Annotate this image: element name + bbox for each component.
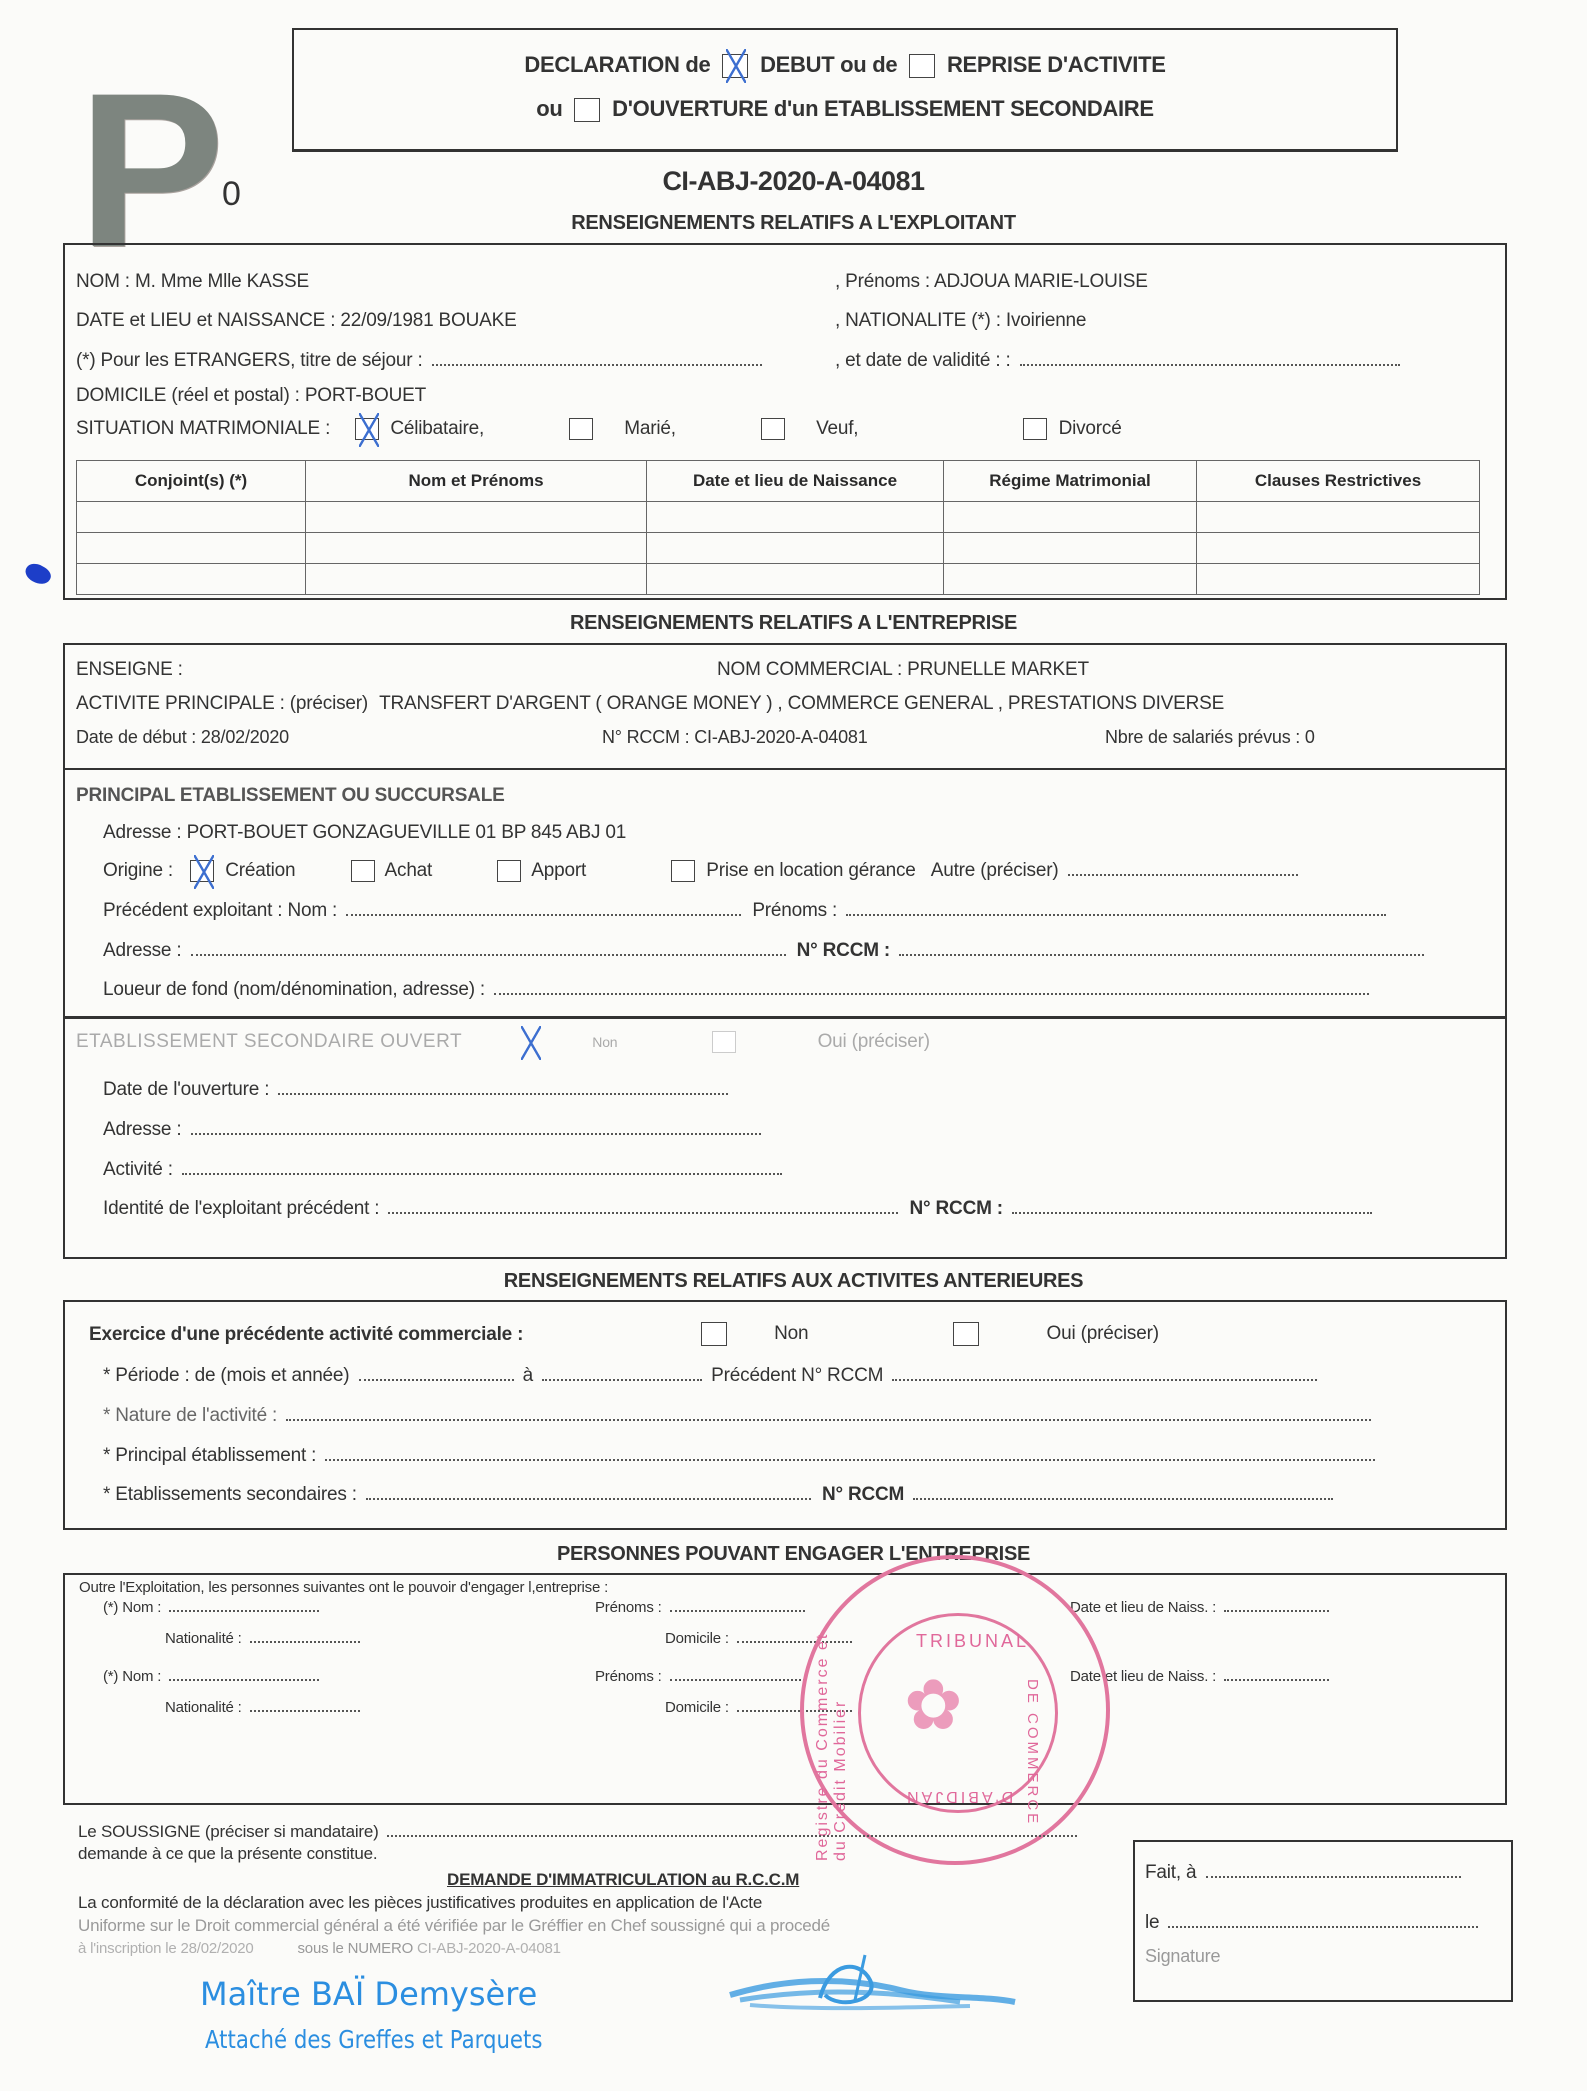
le-label: le [1145, 1912, 1159, 1933]
nom-value[interactable]: KASSE [247, 271, 309, 292]
conformite-line1: La conformité de la déclaration avec les… [78, 1893, 762, 1913]
rccm-value[interactable]: CI-ABJ-2020-A-04081 [694, 727, 867, 747]
principal-adresse-label: Adresse : [103, 822, 181, 843]
domicile-label: DOMICILE (réel et postal) : [76, 385, 300, 406]
prec-adresse-label: Adresse : [103, 940, 181, 961]
ouverture-checkbox[interactable] [574, 98, 600, 122]
section-title-exploitant: RENSEIGNEMENTS RELATIFS A L'EXPLOITANT [0, 212, 1587, 235]
secondaire-identite-label: Identité de l'exploitant précédent : [103, 1198, 379, 1219]
col-nom-prenoms: Nom et Prénoms [306, 461, 647, 502]
prec-rccm-label: N° RCCM : [797, 940, 890, 961]
secondaire-rccm-field[interactable] [1012, 1198, 1372, 1214]
elephant-emblem-icon: ✿ [904, 1664, 963, 1746]
naissance-label: DATE et LIEU et NAISSANCE : [76, 310, 335, 331]
nature-label: * Nature de l'activité : [103, 1405, 277, 1426]
periode-de-field[interactable] [359, 1365, 514, 1381]
personnes-intro: Outre l'Exploitation, les personnes suiv… [79, 1579, 608, 1596]
anterieures-oui-label: Oui (préciser) [1047, 1323, 1159, 1344]
secondaire-activite-field[interactable] [182, 1159, 782, 1175]
table-cell[interactable] [1197, 533, 1480, 564]
validite-field[interactable] [1020, 350, 1400, 366]
ink-blot-mark [22, 560, 54, 589]
col-clauses-restrictives: Clauses Restrictives [1197, 461, 1480, 502]
signer-title: Attaché des Greffes et Parquets [205, 2025, 542, 2054]
anterieures-non-checkbox[interactable] [701, 1322, 727, 1346]
nom-commercial-value[interactable]: PRUNELLE MARKET [907, 659, 1089, 680]
inscription-date: 28/02/2020 [180, 1940, 253, 1957]
conjoints-table: Conjoint(s) (*) Nom et Prénoms Date et l… [76, 460, 1480, 595]
veuf-label: Veuf, [816, 418, 858, 439]
date-debut-label: Date de début : [76, 727, 196, 747]
person1-nom-field[interactable] [169, 1600, 319, 1612]
anterieures-section: Exercice d'une précédente activité comme… [63, 1300, 1507, 1530]
veuf-checkbox[interactable] [761, 418, 785, 440]
secondaire-rccm-label: N° RCCM : [910, 1198, 1003, 1219]
exercice-label: Exercice d'une précédente activité comme… [89, 1324, 523, 1345]
secondaire-non-label: Non [592, 1034, 617, 1050]
stamp-commerce-text: DE COMMERCE [1024, 1679, 1041, 1826]
prec-nom-label: Précédent exploitant : Nom : [103, 900, 337, 921]
periode-a-field[interactable] [542, 1365, 702, 1381]
numero-value: CI-ABJ-2020-A-04081 [417, 1940, 561, 1957]
table-row [77, 502, 1480, 533]
prec-prenoms-field[interactable] [846, 900, 1386, 916]
principal-etab-label: * Principal établissement : [103, 1445, 316, 1466]
demande-text: demande à ce que la présente constitue. [78, 1844, 377, 1864]
prec-rccm-anterieur-label: Précédent N° RCCM [711, 1365, 883, 1386]
etrangers-label: (*) Pour les ETRANGERS, titre de séjour … [76, 350, 423, 371]
debut-label: DEBUT ou de [760, 52, 897, 77]
secondaire-oui-checkbox[interactable] [712, 1031, 736, 1053]
divorce-checkbox[interactable] [1023, 418, 1047, 440]
person2-naiss-field[interactable] [1224, 1669, 1329, 1681]
loueur-field[interactable] [494, 979, 1369, 995]
person1-nationalite-field[interactable] [250, 1631, 360, 1643]
demande-immatriculation-title: DEMANDE D'IMMATRICULATION au R.C.C.M [447, 1870, 799, 1890]
person1-naiss-label: Date et lieu de Naiss. : [1070, 1599, 1216, 1616]
signature-label: Signature [1145, 1946, 1220, 1967]
section-title-anterieures: RENSEIGNEMENTS RELATIFS AUX ACTIVITES AN… [0, 1270, 1587, 1293]
nom-label: NOM : M. Mme Mlle [76, 271, 242, 292]
col-conjoints: Conjoint(s) (*) [77, 461, 306, 502]
fait-a-field[interactable] [1206, 1862, 1461, 1878]
reprise-checkbox[interactable] [909, 54, 935, 78]
person2-prenoms-label: Prénoms : [595, 1668, 662, 1685]
table-cell[interactable] [647, 533, 944, 564]
activite-principale-value[interactable]: TRANSFERT D'ARGENT ( ORANGE MONEY ) , CO… [379, 693, 1224, 714]
marie-checkbox[interactable] [569, 418, 593, 440]
document-number: CI-ABJ-2020-A-04081 [0, 166, 1587, 197]
table-cell[interactable] [77, 502, 306, 533]
origine-label: Origine : [103, 860, 173, 881]
creation-checkbox[interactable] [190, 860, 214, 882]
signer-name: Maître BAÏ Demysère [200, 1975, 537, 2013]
table-cell[interactable] [944, 564, 1197, 595]
location-gerance-label: Prise en location gérance [706, 860, 915, 881]
handwritten-signature [720, 1950, 1020, 2020]
apport-label: Apport [531, 860, 586, 881]
soussigne-label: Le SOUSSIGNE (préciser si mandataire) [78, 1822, 379, 1841]
principal-adresse-value[interactable]: PORT-BOUET GONZAGUEVILLE 01 BP 845 ABJ 0… [187, 822, 627, 843]
person2-nom-label: (*) Nom : [103, 1668, 161, 1685]
entreprise-section: ENSEIGNE : NOM COMMERCIAL : PRUNELLE MAR… [63, 643, 1507, 770]
table-row [77, 564, 1480, 595]
principal-section: PRINCIPAL ETABLISSEMENT OU SUCCURSALE Ad… [63, 768, 1507, 1018]
achat-checkbox[interactable] [351, 860, 375, 882]
nom-commercial-label: NOM COMMERCIAL : [717, 659, 902, 680]
prec-nom-field[interactable] [346, 900, 741, 916]
rccm-label: N° RCCM : [602, 727, 689, 747]
location-gerance-checkbox[interactable] [671, 860, 695, 882]
periode-a-label: à [523, 1365, 533, 1386]
secondaire-adresse-label: Adresse : [103, 1119, 181, 1140]
secondaire-oui-label: Oui (préciser) [818, 1031, 930, 1052]
table-row [77, 533, 1480, 564]
prec-rccm-field[interactable] [899, 940, 1424, 956]
table-cell[interactable] [77, 533, 306, 564]
divorce-label: Divorcé [1059, 418, 1122, 439]
principal-title: PRINCIPAL ETABLISSEMENT OU SUCCURSALE [76, 785, 505, 807]
personnes-section: Outre l'Exploitation, les personnes suiv… [63, 1573, 1507, 1805]
etab-secondaires-label: * Etablissements secondaires : [103, 1484, 357, 1505]
stamp-tribunal-text: TRIBUNAL [916, 1631, 1029, 1652]
secondaire-identite-field[interactable] [388, 1198, 898, 1214]
person2-domicile-label: Domicile : [665, 1699, 729, 1716]
section-title-personnes: PERSONNES POUVANT ENGAGER L'ENTREPRISE [0, 1543, 1587, 1566]
principal-etab-field[interactable] [325, 1445, 1375, 1461]
secondaire-non-checkbox[interactable] [517, 1031, 541, 1053]
le-date-field[interactable] [1168, 1912, 1478, 1928]
table-cell[interactable] [306, 502, 647, 533]
person2-nationalite-label: Nationalité : [165, 1699, 242, 1716]
autre-field[interactable] [1068, 860, 1298, 876]
secondaire-date-field[interactable] [278, 1079, 728, 1095]
autre-label: Autre (préciser) [931, 860, 1059, 881]
creation-label: Création [225, 860, 295, 881]
ou-label: ou [536, 96, 562, 121]
col-regime-matrimonial: Régime Matrimonial [944, 461, 1197, 502]
etab-secondaires-rccm-field[interactable] [913, 1484, 1333, 1500]
enseigne-label: ENSEIGNE : [76, 659, 183, 680]
reprise-label: REPRISE D'ACTIVITE [947, 52, 1166, 77]
prenoms-label: , Prénoms : [835, 271, 930, 292]
loueur-label: Loueur de fond (nom/dénomination, adress… [103, 979, 485, 1000]
table-cell[interactable] [1197, 564, 1480, 595]
tribunal-stamp: TRIBUNAL DE COMMERCE D'ABIDJAN Registre … [800, 1555, 1110, 1865]
fait-label: Fait, à [1145, 1862, 1196, 1883]
person2-nom-field[interactable] [169, 1669, 319, 1681]
inscription-label: à l'inscription le [78, 1940, 176, 1957]
fait-signature-box: Fait, à le Signature [1133, 1840, 1513, 2002]
person2-prenoms-field[interactable] [670, 1669, 805, 1681]
conformite-line2: Uniforme sur le Droit commercial général… [78, 1916, 830, 1936]
person1-nationalite-label: Nationalité : [165, 1630, 242, 1647]
marie-label: Marié, [624, 418, 676, 439]
table-header-row: Conjoint(s) (*) Nom et Prénoms Date et l… [77, 461, 1480, 502]
naissance-value[interactable]: 22/09/1981 BOUAKE [340, 310, 516, 331]
periode-label: * Période : de (mois et année) [103, 1365, 349, 1386]
salaries-value[interactable]: 0 [1305, 727, 1315, 747]
table-cell[interactable] [1197, 502, 1480, 533]
section-title-entreprise: RENSEIGNEMENTS RELATIFS A L'ENTREPRISE [0, 612, 1587, 635]
validite-label: , et date de validité : : [835, 350, 1011, 371]
prec-rccm-anterieur-field[interactable] [892, 1365, 1317, 1381]
person2-nationalite-field[interactable] [250, 1700, 360, 1712]
table-cell[interactable] [306, 533, 647, 564]
person1-prenoms-label: Prénoms : [595, 1599, 662, 1616]
situation-label: SITUATION MATRIMONIALE : [76, 418, 330, 439]
soussigne-field[interactable] [387, 1825, 1077, 1837]
date-debut-value[interactable]: 28/02/2020 [201, 727, 289, 747]
salaries-label: Nbre de salariés prévus : [1105, 727, 1300, 747]
etab-secondaires-rccm-label: N° RCCM [822, 1484, 904, 1505]
secondaire-activite-label: Activité : [103, 1159, 173, 1180]
activite-principale-label: ACTIVITE PRINCIPALE : (préciser) [76, 693, 368, 714]
etab-secondaires-field[interactable] [366, 1484, 811, 1500]
nationalite-label: , NATIONALITE (*) : [835, 310, 1001, 331]
person1-domicile-label: Domicile : [665, 1630, 729, 1647]
celibataire-checkbox[interactable] [355, 418, 379, 440]
nature-field[interactable] [286, 1405, 1371, 1421]
person1-nom-label: (*) Nom : [103, 1599, 161, 1616]
debut-checkbox[interactable] [722, 54, 748, 78]
table-cell[interactable] [944, 533, 1197, 564]
table-cell[interactable] [306, 564, 647, 595]
person1-prenoms-field[interactable] [670, 1600, 805, 1612]
table-cell[interactable] [77, 564, 306, 595]
col-date-lieu-naissance: Date et lieu de Naissance [647, 461, 944, 502]
declaration-prefix: DECLARATION de [524, 52, 710, 77]
secondaire-section: ETABLISSEMENT SECONDAIRE OUVERT Non Oui … [63, 1016, 1507, 1259]
table-cell[interactable] [944, 502, 1197, 533]
secondaire-adresse-field[interactable] [191, 1119, 761, 1135]
secondaire-title: ETABLISSEMENT SECONDAIRE OUVERT [76, 1031, 462, 1052]
nationalite-value[interactable]: Ivoirienne [1006, 310, 1086, 331]
ouverture-label: D'OUVERTURE d'un ETABLISSEMENT SECONDAIR… [612, 96, 1154, 121]
prec-prenoms-label: Prénoms : [752, 900, 837, 921]
achat-label: Achat [385, 860, 433, 881]
numero-label: sous le NUMERO [298, 1940, 414, 1957]
domicile-value[interactable]: PORT-BOUET [305, 385, 426, 406]
table-cell[interactable] [647, 564, 944, 595]
declaration-header-box: DECLARATION de DEBUT ou de REPRISE D'ACT… [292, 28, 1398, 152]
apport-checkbox[interactable] [497, 860, 521, 882]
prenoms-value[interactable]: ADJOUA MARIE-LOUISE [934, 271, 1148, 292]
person1-naiss-field[interactable] [1224, 1600, 1329, 1612]
titre-sejour-field[interactable] [432, 350, 762, 366]
table-cell[interactable] [647, 502, 944, 533]
anterieures-oui-checkbox[interactable] [953, 1322, 979, 1346]
prec-adresse-field[interactable] [191, 940, 786, 956]
stamp-abidjan-text: D'ABIDJAN [904, 1787, 1013, 1805]
anterieures-non-label: Non [774, 1323, 808, 1344]
secondaire-date-label: Date de l'ouverture : [103, 1079, 269, 1100]
celibataire-label: Célibataire, [390, 418, 484, 439]
